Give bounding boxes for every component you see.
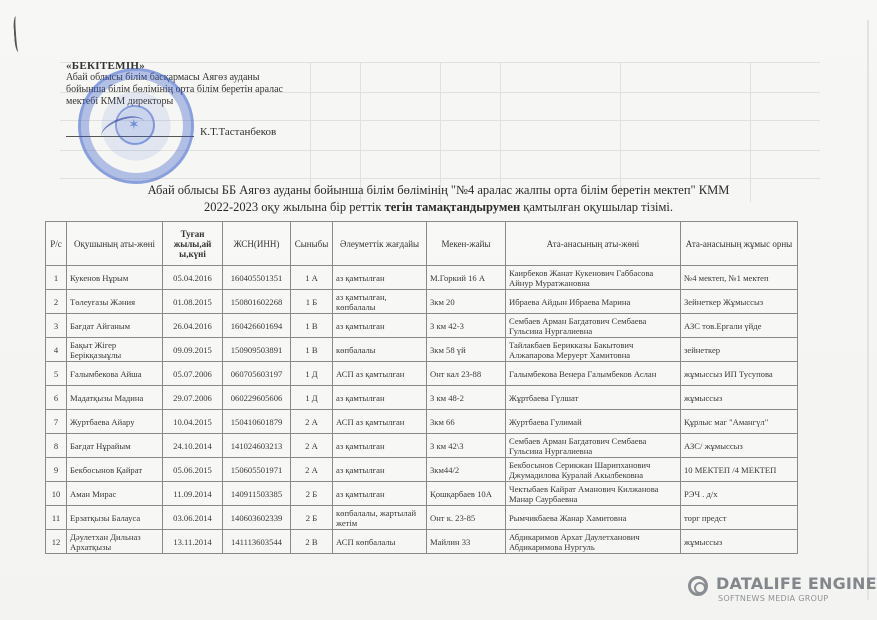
cell-parents-name: Тайлакбаев Берикказы Бакытович Алжапаров… bbox=[506, 338, 681, 362]
cell-social-status: аз қамтылған bbox=[333, 482, 427, 506]
cell-birth-date: 29.07.2006 bbox=[163, 386, 223, 410]
cell-parents-workplace: жұмыссыз ИП Тусупова bbox=[681, 362, 798, 386]
cell-birth-date: 09.09.2015 bbox=[163, 338, 223, 362]
students-table-body: 1Кукенов Нұрым05.04.20161604055013511 Аа… bbox=[46, 266, 798, 554]
cell-student-name: Ғалымбекова Айша bbox=[67, 362, 163, 386]
title-line-1: Абай облысы ББ Аягөз ауданы бойынша білі… bbox=[0, 182, 877, 199]
cell-student-name: Аман Мирас bbox=[67, 482, 163, 506]
cell-student-name: Төлеуғазы Жәния bbox=[67, 290, 163, 314]
cell-iin: 140603602339 bbox=[223, 506, 291, 530]
cell-parents-workplace: торг предст bbox=[681, 506, 798, 530]
cell-parents-name: Галымбекова Венера Галымбеков Аслан bbox=[506, 362, 681, 386]
cell-birth-date: 24.10.2014 bbox=[163, 434, 223, 458]
scanned-document-page: «БЕКІТЕМІН» Абай облысы білім басқармасы… bbox=[0, 0, 877, 620]
col-header-class: Сыныбы bbox=[291, 222, 333, 266]
cell-parents-workplace: зейнеткер bbox=[681, 338, 798, 362]
cell-class: 1 А bbox=[291, 266, 333, 290]
cell-parents-workplace: АЗС тов.Ергали үйде bbox=[681, 314, 798, 338]
cell-parents-name: Сембаев Арман Багдатович Сембаева Гульси… bbox=[506, 434, 681, 458]
cell-address: 3км44/2 bbox=[427, 458, 506, 482]
cell-student-name: Бағдат Айганым bbox=[67, 314, 163, 338]
table-row: 3Бағдат Айганым26.04.20161604266016941 В… bbox=[46, 314, 798, 338]
cell-student-name: Бекбосынов Қайрат bbox=[67, 458, 163, 482]
approval-line: Абай облысы білім басқармасы Аягөз аудан… bbox=[66, 72, 296, 84]
table-row: 2Төлеуғазы Жәния01.08.20151508016022681 … bbox=[46, 290, 798, 314]
table-row: 7Журтбаева Айару10.04.20151504106018792 … bbox=[46, 410, 798, 434]
col-header-parents-workplace: Ата-анасының жұмыс орны bbox=[681, 222, 798, 266]
cell-social-status: аз қамтылған bbox=[333, 458, 427, 482]
cell-parents-workplace: жұмыссыз bbox=[681, 530, 798, 554]
cell-student-name: Мадатқызы Мадина bbox=[67, 386, 163, 410]
cell-parents-workplace: РЭЧ . д/х bbox=[681, 482, 798, 506]
col-header-student-name: Оқушының аты-жөні bbox=[67, 222, 163, 266]
title-line-2-bold: тегін тамақтандырумен bbox=[385, 200, 521, 214]
cell-number: 5 bbox=[46, 362, 67, 386]
cell-address: Онт кал 23-88 bbox=[427, 362, 506, 386]
cell-student-name: Журтбаева Айару bbox=[67, 410, 163, 434]
cell-parents-workplace: №4 мектеп, №1 мектеп bbox=[681, 266, 798, 290]
cell-iin: 060229605606 bbox=[223, 386, 291, 410]
cell-parents-name: Чектыбаев Кайрат Аманович Килжанова Мана… bbox=[506, 482, 681, 506]
cell-social-status: аз қамтылған bbox=[333, 434, 427, 458]
cell-parents-name: Абдикаримов Архат Даулетханович Абдикари… bbox=[506, 530, 681, 554]
table-header-row: Р/с Оқушының аты-жөні Туған жылы,ай ы,кү… bbox=[46, 222, 798, 266]
cell-birth-date: 11.09.2014 bbox=[163, 482, 223, 506]
approval-line: бойынша білім бөлімінің орта білім берет… bbox=[66, 84, 296, 96]
watermark-title: DATALIFE ENGINE bbox=[716, 574, 877, 593]
datalife-logo-icon bbox=[688, 576, 708, 596]
cell-social-status: көпбалалы bbox=[333, 338, 427, 362]
cell-class: 2 А bbox=[291, 434, 333, 458]
cell-number: 12 bbox=[46, 530, 67, 554]
cell-number: 11 bbox=[46, 506, 67, 530]
col-header-social-status: Әлеуметтік жағдайы bbox=[333, 222, 427, 266]
students-table: Р/с Оқушының аты-жөні Туған жылы,ай ы,кү… bbox=[45, 221, 798, 554]
cell-address: Қошқарбаев 10А bbox=[427, 482, 506, 506]
cell-student-name: Бағдат Нұрайым bbox=[67, 434, 163, 458]
cell-class: 1 Д bbox=[291, 386, 333, 410]
cell-address: 3км 66 bbox=[427, 410, 506, 434]
cell-iin: 150605501971 bbox=[223, 458, 291, 482]
cell-parents-workplace: 10 МЕКТЕП /4 МЕКТЕП bbox=[681, 458, 798, 482]
col-header-parents-name: Ата-анасының аты-жөні bbox=[506, 222, 681, 266]
margin-pen-mark bbox=[13, 16, 23, 52]
cell-iin: 060705603197 bbox=[223, 362, 291, 386]
cell-number: 8 bbox=[46, 434, 67, 458]
cell-class: 2 Б bbox=[291, 506, 333, 530]
cell-birth-date: 03.06.2014 bbox=[163, 506, 223, 530]
document-title: Абай облысы ББ Аягөз ауданы бойынша білі… bbox=[0, 182, 877, 216]
cell-social-status: көпбалалы, жартылай жетім bbox=[333, 506, 427, 530]
cell-number: 7 bbox=[46, 410, 67, 434]
cell-class: 2 А bbox=[291, 458, 333, 482]
cell-student-name: Кукенов Нұрым bbox=[67, 266, 163, 290]
cell-parents-workplace: АЗС/ жұмыссыз bbox=[681, 434, 798, 458]
cell-class: 1 В bbox=[291, 314, 333, 338]
table-row: 9Бекбосынов Қайрат05.06.2015150605501971… bbox=[46, 458, 798, 482]
table-row: 12Дәулетхан Дильназ Архатқызы13.11.20141… bbox=[46, 530, 798, 554]
cell-iin: 141024603213 bbox=[223, 434, 291, 458]
cell-parents-name: Журтбаева Гулимай bbox=[506, 410, 681, 434]
cell-parents-workplace: Құрлыс маг "Амангүл" bbox=[681, 410, 798, 434]
cell-parents-name: Жұртбаева Гүлшат bbox=[506, 386, 681, 410]
approval-block: «БЕКІТЕМІН» Абай облысы білім басқармасы… bbox=[66, 60, 296, 108]
table-row: 10Аман Мирас11.09.20141409115033852 Баз … bbox=[46, 482, 798, 506]
cell-number: 9 bbox=[46, 458, 67, 482]
cell-parents-workplace: жұмыссыз bbox=[681, 386, 798, 410]
cell-number: 6 bbox=[46, 386, 67, 410]
table-row: 6Мадатқызы Мадина29.07.20060602296056061… bbox=[46, 386, 798, 410]
cell-social-status: аз қамтылған, көпбалалы bbox=[333, 290, 427, 314]
cell-iin: 150410601879 bbox=[223, 410, 291, 434]
cell-student-name: Бақыт Жігер Берікқазыұлы bbox=[67, 338, 163, 362]
cell-class: 2 Б bbox=[291, 482, 333, 506]
cell-address: М.Горкий 16 А bbox=[427, 266, 506, 290]
cell-parents-name: Рымчикбаева Жанар Хамитовна bbox=[506, 506, 681, 530]
table-row: 8Бағдат Нұрайым24.10.20141410246032132 А… bbox=[46, 434, 798, 458]
cell-iin: 141113603544 bbox=[223, 530, 291, 554]
cell-birth-date: 13.11.2014 bbox=[163, 530, 223, 554]
col-header-iin: ЖСН(ИНН) bbox=[223, 222, 291, 266]
cell-birth-date: 26.04.2016 bbox=[163, 314, 223, 338]
cell-class: 1 Д bbox=[291, 362, 333, 386]
page-edge bbox=[867, 20, 869, 600]
cell-student-name: Ерзатқызы Балауса bbox=[67, 506, 163, 530]
cell-address: Онт к. 23-85 bbox=[427, 506, 506, 530]
table-row: 4Бақыт Жігер Берікқазыұлы09.09.201515090… bbox=[46, 338, 798, 362]
col-header-number: Р/с bbox=[46, 222, 67, 266]
cell-address: 3 км 42\3 bbox=[427, 434, 506, 458]
cell-address: 3км 58 үй bbox=[427, 338, 506, 362]
table-row: 1Кукенов Нұрым05.04.20161604055013511 Аа… bbox=[46, 266, 798, 290]
cell-social-status: АСП аз қамтылған bbox=[333, 362, 427, 386]
approval-line: мектебі КММ директоры bbox=[66, 96, 296, 108]
table-row: 5Ғалымбекова Айша05.07.20060607056031971… bbox=[46, 362, 798, 386]
cell-address: 3 км 48-2 bbox=[427, 386, 506, 410]
col-header-birth-date: Туған жылы,ай ы,күні bbox=[163, 222, 223, 266]
cell-social-status: аз қамтылған bbox=[333, 314, 427, 338]
signer-name: К.Т.Тастанбеков bbox=[200, 126, 276, 138]
cell-iin: 150801602268 bbox=[223, 290, 291, 314]
cell-iin: 140911503385 bbox=[223, 482, 291, 506]
title-line-2: 2022-2023 оқу жылына бір реттік тегін та… bbox=[0, 199, 877, 216]
cell-number: 1 bbox=[46, 266, 67, 290]
cell-address: Майлин 33 bbox=[427, 530, 506, 554]
cell-birth-date: 10.04.2015 bbox=[163, 410, 223, 434]
cell-social-status: аз қамтылған bbox=[333, 386, 427, 410]
cell-student-name: Дәулетхан Дильназ Архатқызы bbox=[67, 530, 163, 554]
title-line-2-suffix: қамтылған оқушылар тізімі. bbox=[520, 200, 673, 214]
cell-birth-date: 01.08.2015 bbox=[163, 290, 223, 314]
cell-parents-name: Каирбеков Жанат Кукенович Габбасова Айну… bbox=[506, 266, 681, 290]
cell-number: 2 bbox=[46, 290, 67, 314]
approval-heading: «БЕКІТЕМІН» bbox=[66, 60, 296, 72]
cell-iin: 160426601694 bbox=[223, 314, 291, 338]
cell-parents-name: Бекбосынов Серикжан Шарипханович Джумади… bbox=[506, 458, 681, 482]
cell-iin: 160405501351 bbox=[223, 266, 291, 290]
watermark-subtitle: SOFTNEWS MEDIA GROUP bbox=[718, 594, 829, 603]
cell-number: 10 bbox=[46, 482, 67, 506]
cell-number: 3 bbox=[46, 314, 67, 338]
datalife-watermark: DATALIFE ENGINE SOFTNEWS MEDIA GROUP bbox=[688, 572, 868, 608]
cell-birth-date: 05.06.2015 bbox=[163, 458, 223, 482]
cell-social-status: АСП көпбалалы bbox=[333, 530, 427, 554]
cell-class: 2 А bbox=[291, 410, 333, 434]
cell-social-status: АСП аз қамтылған bbox=[333, 410, 427, 434]
cell-class: 1 В bbox=[291, 338, 333, 362]
cell-address: 3 км 42-3 bbox=[427, 314, 506, 338]
cell-iin: 150909503891 bbox=[223, 338, 291, 362]
table-row: 11Ерзатқызы Балауса03.06.201414060360233… bbox=[46, 506, 798, 530]
cell-parents-name: Ибраева Айдын Ибраева Марина bbox=[506, 290, 681, 314]
cell-birth-date: 05.07.2006 bbox=[163, 362, 223, 386]
col-header-address: Мекен-жайы bbox=[427, 222, 506, 266]
cell-address: 3км 20 bbox=[427, 290, 506, 314]
cell-birth-date: 05.04.2016 bbox=[163, 266, 223, 290]
cell-parents-workplace: Зейнеткер Жұмыссыз bbox=[681, 290, 798, 314]
cell-parents-name: Сембаев Арман Багдатович Сембаева Гульси… bbox=[506, 314, 681, 338]
cell-class: 2 В bbox=[291, 530, 333, 554]
title-line-2-prefix: 2022-2023 оқу жылына бір реттік bbox=[204, 200, 385, 214]
cell-class: 1 Б bbox=[291, 290, 333, 314]
cell-number: 4 bbox=[46, 338, 67, 362]
cell-social-status: аз қамтылған bbox=[333, 266, 427, 290]
